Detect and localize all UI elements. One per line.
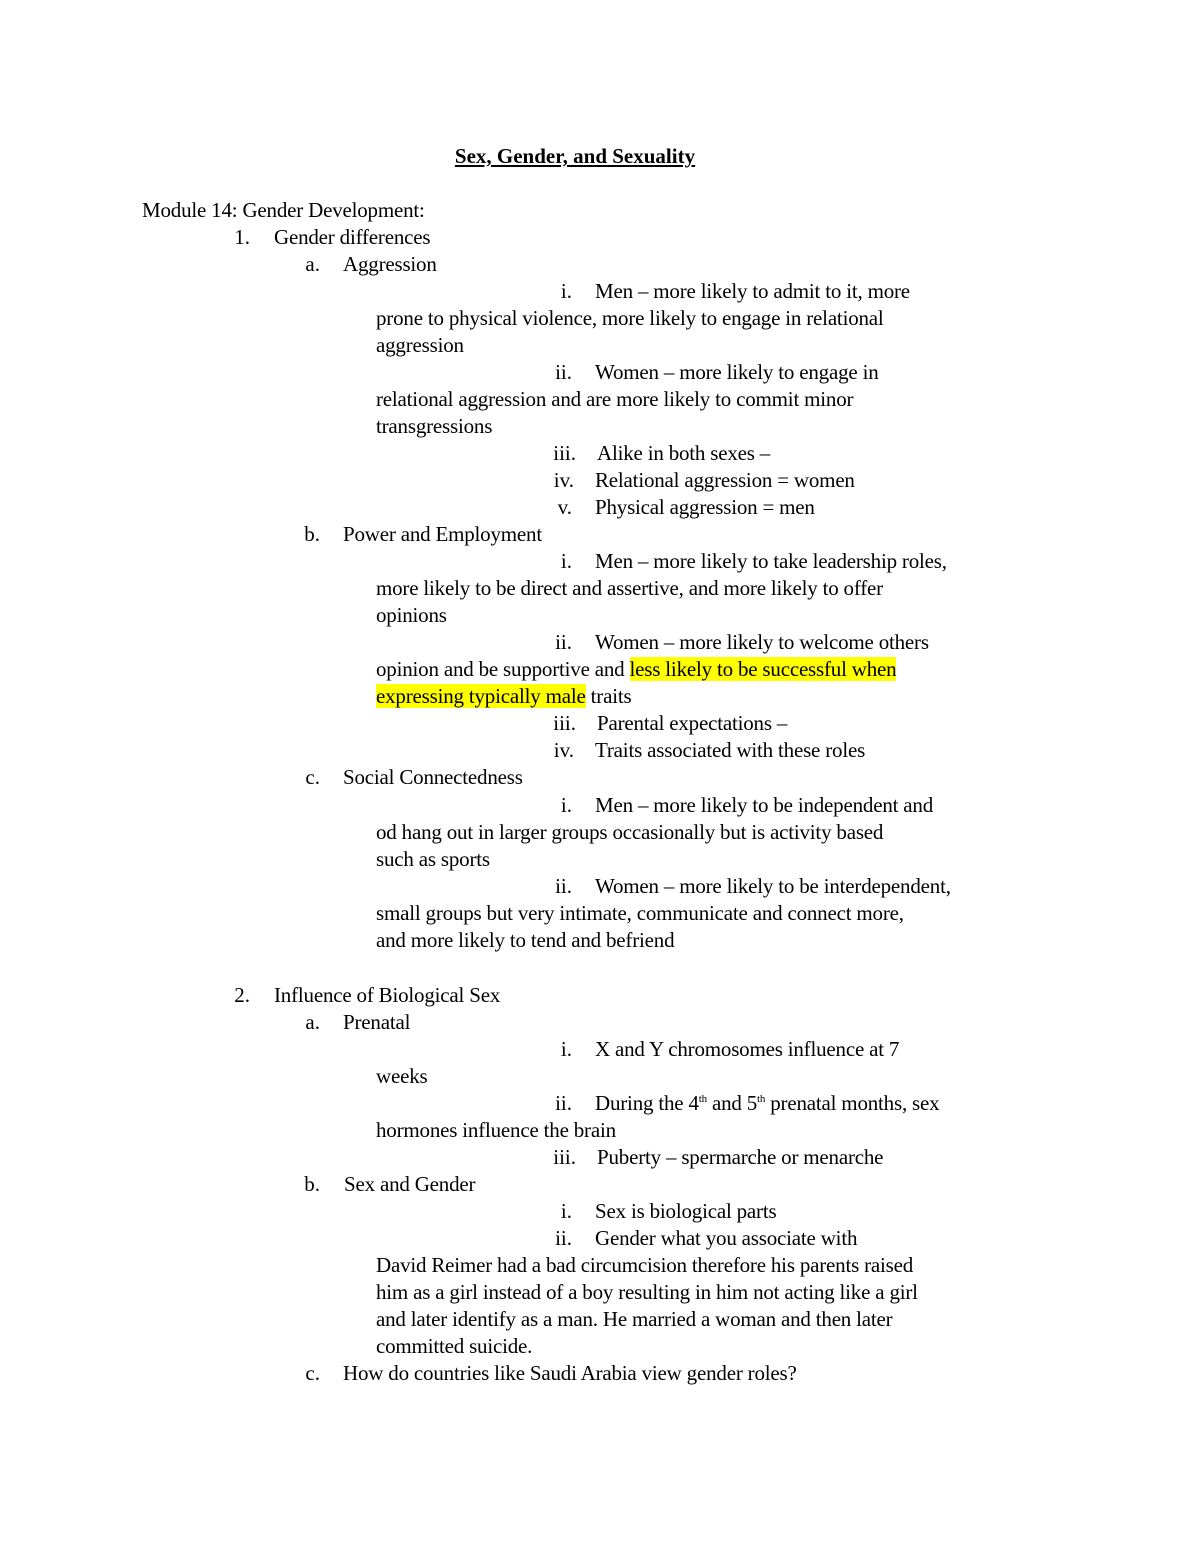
list-item-text: Puberty – spermarche or menarche <box>597 1144 883 1171</box>
item-marker: iv. <box>530 737 574 764</box>
item-marker: i. <box>530 1198 572 1225</box>
plain-text: traits <box>586 684 632 708</box>
text-fragment: During the 4 <box>595 1091 699 1115</box>
item-marker: iii. <box>530 1144 576 1171</box>
list-item-text: weeks <box>376 1063 427 1090</box>
subsection-marker: b. <box>290 1171 320 1198</box>
list-item-text: hormones influence the brain <box>376 1117 616 1144</box>
item-marker: v. <box>530 494 572 521</box>
list-item-text: more likely to be direct and assertive, … <box>376 575 883 602</box>
list-item-text: od hang out in larger groups occasionall… <box>376 819 883 846</box>
ordinal-superscript: th <box>757 1093 765 1105</box>
list-item-text: Sex is biological parts <box>595 1198 776 1225</box>
list-item-text: Traits associated with these roles <box>595 737 865 764</box>
item-marker: ii. <box>530 629 572 656</box>
subsection-heading: Prenatal <box>343 1009 410 1036</box>
item-marker: i. <box>530 1036 572 1063</box>
subsection-marker: a. <box>290 251 320 278</box>
document-page: Sex, Gender, and Sexuality Module 14: Ge… <box>0 0 1200 1553</box>
item-marker: i. <box>530 548 572 575</box>
list-item-text: Women – more likely to engage in <box>595 359 879 386</box>
item-marker: i. <box>530 278 572 305</box>
highlighted-text: expressing typically male <box>376 684 586 708</box>
subsection-marker: b. <box>290 521 320 548</box>
list-item-text: Women – more likely to welcome others <box>595 629 929 656</box>
list-item-text: X and Y chromosomes influence at 7 <box>595 1036 899 1063</box>
section-heading: Influence of Biological Sex <box>274 982 500 1009</box>
list-item-text: and more likely to tend and befriend <box>376 927 674 954</box>
section-marker: 2. <box>220 982 250 1009</box>
note-text: David Reimer had a bad circumcision ther… <box>376 1252 913 1279</box>
list-item-text: During the 4th and 5th prenatal months, … <box>595 1090 939 1117</box>
note-text: committed suicide. <box>376 1333 532 1360</box>
item-marker: iv. <box>530 467 574 494</box>
list-item-text: Men – more likely to be independent and <box>595 792 933 819</box>
list-item-text: small groups but very intimate, communic… <box>376 900 904 927</box>
subsection-marker: a. <box>290 1009 320 1036</box>
subsection-heading: How do countries like Saudi Arabia view … <box>343 1360 797 1387</box>
item-marker: ii. <box>530 359 572 386</box>
subsection-marker: c. <box>290 1360 320 1387</box>
list-item-text: Men – more likely to take leadership rol… <box>595 548 947 575</box>
list-item-text: opinions <box>376 602 447 629</box>
section-marker: 1. <box>220 224 250 251</box>
ordinal-superscript: th <box>699 1093 707 1105</box>
list-item-text: expressing typically male traits <box>376 683 631 710</box>
list-item-text: Physical aggression = men <box>595 494 815 521</box>
subsection-heading: Power and Employment <box>343 521 542 548</box>
list-item-text: Gender what you associate with <box>595 1225 857 1252</box>
item-marker: ii. <box>530 873 572 900</box>
text-fragment: prenatal months, sex <box>765 1091 939 1115</box>
item-marker: ii. <box>530 1090 572 1117</box>
subsection-heading: Aggression <box>343 251 437 278</box>
subsection-heading: Sex and Gender <box>344 1171 475 1198</box>
text-fragment: and 5 <box>707 1091 757 1115</box>
list-item-text: Relational aggression = women <box>595 467 855 494</box>
list-item-text: aggression <box>376 332 464 359</box>
list-item-text: opinion and be supportive and less likel… <box>376 656 896 683</box>
list-item-text: Alike in both sexes – <box>597 440 770 467</box>
document-title: Sex, Gender, and Sexuality <box>0 143 1150 170</box>
list-item-text: prone to physical violence, more likely … <box>376 305 884 332</box>
item-marker: iii. <box>530 710 576 737</box>
module-heading: Module 14: Gender Development: <box>142 197 425 224</box>
section-heading: Gender differences <box>274 224 430 251</box>
subsection-heading: Social Connectedness <box>343 764 523 791</box>
highlighted-text: less likely to be successful when <box>630 657 897 681</box>
subsection-marker: c. <box>290 764 320 791</box>
note-text: him as a girl instead of a boy resulting… <box>376 1279 918 1306</box>
list-item-text: relational aggression and are more likel… <box>376 386 853 413</box>
plain-text: opinion and be supportive and <box>376 657 630 681</box>
item-marker: i. <box>530 792 572 819</box>
list-item-text: Women – more likely to be interdependent… <box>595 873 951 900</box>
list-item-text: Parental expectations – <box>597 710 787 737</box>
list-item-text: such as sports <box>376 846 490 873</box>
list-item-text: Men – more likely to admit to it, more <box>595 278 910 305</box>
list-item-text: transgressions <box>376 413 492 440</box>
item-marker: iii. <box>530 440 576 467</box>
item-marker: ii. <box>530 1225 572 1252</box>
note-text: and later identify as a man. He married … <box>376 1306 892 1333</box>
